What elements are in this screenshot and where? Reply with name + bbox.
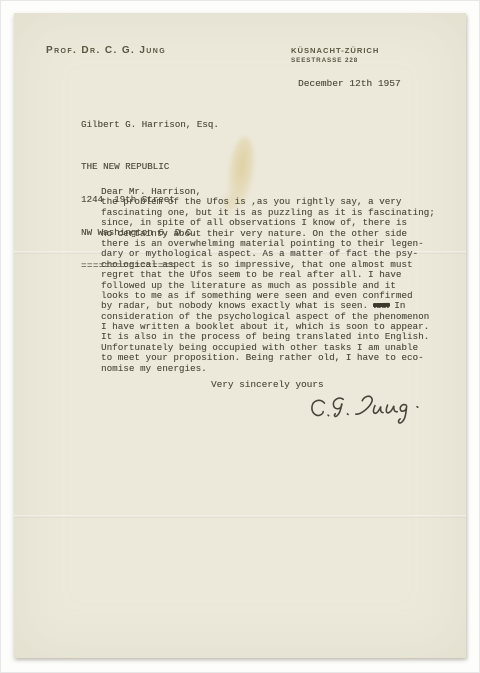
letterhead-address: KÜSNACHT-ZÜRICH SEESTRASSE 228 (291, 46, 379, 64)
letterhead-street: SEESTRASSE 228 (291, 57, 379, 64)
recipient-name: Gilbert G. Harrison, Esq. (81, 119, 219, 130)
body-line: regret that the Ufos seem to be real aft… (101, 270, 435, 280)
signature (307, 389, 434, 435)
body-line: nomise my energies. (101, 364, 435, 374)
letter-date: December 12th 1957 (298, 78, 401, 89)
body-text: by radar, but nobody knows exactly what … (101, 300, 374, 311)
struck-word: xxx (374, 300, 389, 311)
signature-scrawl (307, 389, 434, 435)
letterhead-city: KÜSNACHT-ZÜRICH (291, 46, 379, 55)
closing-line: Very sincerely yours (211, 379, 324, 390)
scan-background: Prof. Dr. C. G. Jung KÜSNACHT-ZÜRICH SEE… (0, 0, 480, 673)
body-text: In (389, 300, 406, 311)
letter-paper: Prof. Dr. C. G. Jung KÜSNACHT-ZÜRICH SEE… (14, 13, 466, 658)
fold-crease (14, 515, 466, 518)
body-line: since, in spite of all observations I kn… (101, 218, 435, 228)
letterhead-sender: Prof. Dr. C. G. Jung (46, 45, 166, 56)
recipient-organization: THE NEW REPUBLIC (81, 161, 219, 172)
letter-body: Dear Mr. Harrison,the problem of the Ufo… (101, 187, 435, 374)
